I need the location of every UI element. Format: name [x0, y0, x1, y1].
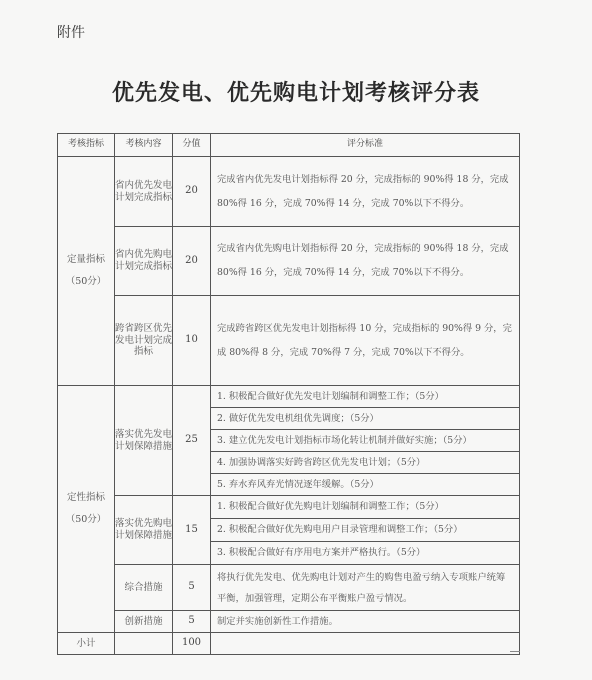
content-cell: 省内优先发电计划完成指标 [115, 157, 173, 227]
content-cell: 省内优先购电计划完成指标 [115, 227, 173, 296]
table-row: 定量指标 （50分） 省内优先发电计划完成指标 20 完成省内优先发电计划指标得… [58, 157, 520, 227]
total-criteria [211, 633, 520, 655]
content-cell: 跨省跨区优先发电计划完成指标 [115, 296, 173, 386]
header-content: 考核内容 [115, 134, 173, 157]
table-row: 省内优先购电计划完成指标 20 完成省内优先购电计划指标得 20 分，完成指标的… [58, 227, 520, 296]
criteria-cell: 完成省内优先发电计划指标得 20 分，完成指标的 90%得 18 分，完成 80… [211, 157, 520, 227]
points-cell: 10 [173, 296, 211, 386]
points-cell: 5 [173, 611, 211, 633]
points-cell: 20 [173, 227, 211, 296]
table-row: 创新措施 5 制定并实施创新性工作措施。 [58, 611, 520, 633]
indicator-points: （50分） [58, 271, 114, 293]
criteria-item: 5. 弃水弃风弃光情况逐年缓解。（5分） [211, 474, 520, 496]
criteria-item: 1. 积极配合做好优先购电计划编制和调整工作；（5分） [211, 496, 520, 519]
criteria-item: 1. 积极配合做好优先发电计划编制和调整工作；（5分） [211, 386, 520, 408]
total-points: 100 [173, 633, 211, 655]
criteria-item: 3. 积极配合做好有序用电方案并严格执行。（5分） [211, 542, 520, 565]
table-row: 定性指标 （50分） 落实优先发电计划保障措施 25 1. 积极配合做好优先发电… [58, 386, 520, 408]
table-row: 落实优先购电计划保障措施 15 1. 积极配合做好优先购电计划编制和调整工作；（… [58, 496, 520, 519]
indicator-label: 定性指标 [58, 487, 114, 509]
indicator-points: （50分） [58, 509, 114, 531]
total-label: 小计 [58, 633, 115, 655]
criteria-cell: 完成省内优先购电计划指标得 20 分，完成指标的 90%得 18 分，完成 80… [211, 227, 520, 296]
total-row: 小计 100 [58, 633, 520, 655]
table-header-row: 考核指标 考核内容 分值 评分标准 [58, 134, 520, 157]
table-row: 综合措施 5 将执行优先发电、优先购电计划对产生的购售电盈亏纳入专项账户统筹平衡… [58, 565, 520, 611]
header-points: 分值 [173, 134, 211, 157]
scan-corner-mark [510, 645, 520, 652]
points-cell: 15 [173, 496, 211, 565]
criteria-item: 2. 积极配合做好优先购电用户目录管理和调整工作；（5分） [211, 519, 520, 542]
criteria-item: 3. 建立优先发电计划指标市场化转让机制并做好实施；（5分） [211, 430, 520, 452]
criteria-cell: 制定并实施创新性工作措施。 [211, 611, 520, 633]
document-title: 优先发电、优先购电计划考核评分表 [0, 76, 592, 107]
indicator-quantitative: 定量指标 （50分） [58, 157, 115, 386]
indicator-label: 定量指标 [58, 249, 114, 271]
criteria-cell: 将执行优先发电、优先购电计划对产生的购售电盈亏纳入专项账户统筹平衡，加强管理，定… [211, 565, 520, 611]
table-row: 跨省跨区优先发电计划完成指标 10 完成跨省跨区优先发电计划指标得 10 分，完… [58, 296, 520, 386]
total-content [115, 633, 173, 655]
content-cell: 综合措施 [115, 565, 173, 611]
content-cell: 创新措施 [115, 611, 173, 633]
indicator-qualitative: 定性指标 （50分） [58, 386, 115, 633]
content-cell: 落实优先购电计划保障措施 [115, 496, 173, 565]
content-cell: 落实优先发电计划保障措施 [115, 386, 173, 496]
criteria-item: 4. 加强协调落实好跨省跨区优先发电计划；（5分） [211, 452, 520, 474]
points-cell: 25 [173, 386, 211, 496]
criteria-item: 2. 做好优先发电机组优先调度；（5分） [211, 408, 520, 430]
header-criteria: 评分标准 [211, 134, 520, 157]
criteria-cell: 完成跨省跨区优先发电计划指标得 10 分，完成指标的 90%得 9 分，完成 8… [211, 296, 520, 386]
scoring-table: 考核指标 考核内容 分值 评分标准 定量指标 （50分） 省内优先发电计划完成指… [57, 133, 520, 655]
attachment-label: 附件 [57, 22, 85, 42]
points-cell: 5 [173, 565, 211, 611]
points-cell: 20 [173, 157, 211, 227]
header-indicator: 考核指标 [58, 134, 115, 157]
